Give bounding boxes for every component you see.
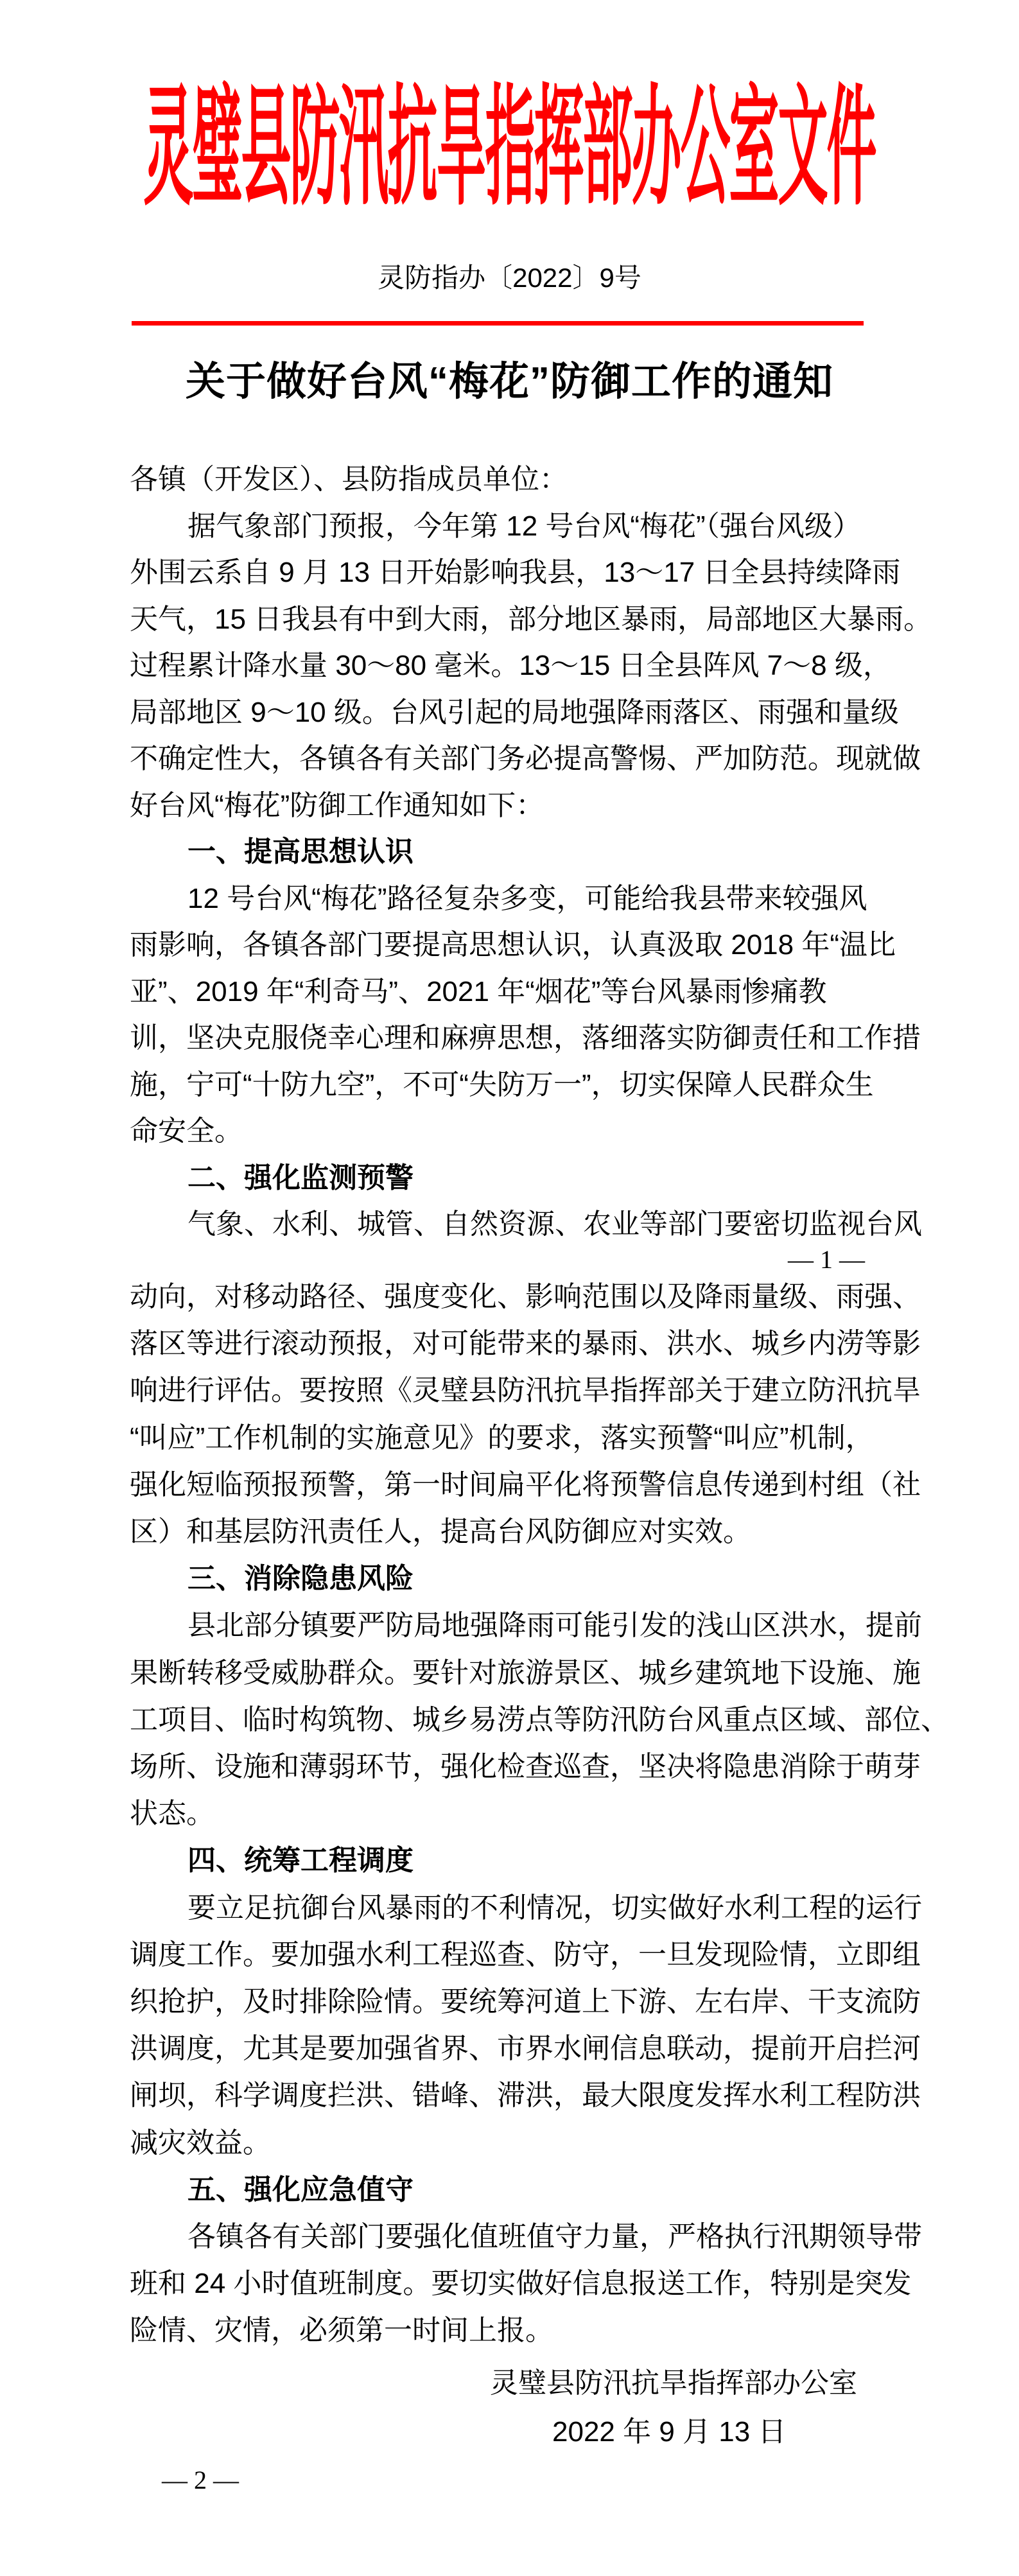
body-page2: 动向，对移动路径、强度变化、影响范围以及降雨量级、雨强、落区等进行滚动预报，对可… (130, 1273, 900, 2354)
letterhead-org-title-text: 灵璧县防汛抗旱指挥部办公室文件 (143, 82, 875, 216)
body-line: “叫应”工作机制的实施意见》的要求，落实预警“叫应”机制， (130, 1414, 900, 1461)
body-line: 12 号台风“梅花”路径复杂多变，可能给我县带来较强风 (130, 876, 900, 923)
body-line: 状态。 (130, 1790, 900, 1837)
body-line: 雨影响，各镇各部门要提高思想认识，认真汲取 2018 年“温比 (130, 922, 900, 969)
body-line: 不确定性大，各镇各有关部门务必提高警惕、严加防范。现就做 (130, 736, 900, 783)
body-line: 动向，对移动路径、强度变化、影响范围以及降雨量级、雨强、 (130, 1273, 900, 1320)
letterhead-red-rule (132, 321, 864, 326)
body-line: 施，宁可“十防九空”，不可“失防万一”，切实保障人民群众生 (130, 1062, 900, 1109)
document-page: 灵璧县防汛抗旱指挥部办公室文件 灵防指办〔2022〕9号 关于做好台风“梅花”防… (0, 0, 1019, 2576)
signature-date: 2022 年 9 月 13 日 (552, 2409, 786, 2455)
body-line: 落区等进行滚动预报，对可能带来的暴雨、洪水、城乡内涝等影 (130, 1320, 900, 1367)
body-line: 亚”、2019 年“利奇马”、2021 年“烟花”等台风暴雨惨痛教 (130, 969, 900, 1016)
body-line: 场所、设施和薄弱环节，强化检查巡查，坚决将隐患消除于萌芽 (130, 1743, 900, 1790)
body-line: 据气象部门预报，今年第 12 号台风“梅花”（强台风级） (130, 503, 900, 550)
body-line: 外围云系自 9 月 13 日开始影响我县，13～17 日全县持续降雨 (130, 550, 900, 596)
body-line: 命安全。 (130, 1108, 900, 1155)
body-line: 各镇（开发区）、县防指成员单位： (130, 457, 900, 503)
body-line: 洪调度，尤其是要加强省界、市界水闸信息联动，提前开启拦河 (130, 2025, 900, 2072)
body-line: 险情、灾情，必须第一时间上报。 (130, 2307, 900, 2354)
section-heading: 五、强化应急值守 (130, 2166, 900, 2213)
section-heading: 一、提高思想认识 (130, 829, 900, 876)
body-line: 过程累计降水量 30～80 毫米。13～15 日全县阵风 7～8 级， (130, 643, 900, 690)
body-line: 县北部分镇要严防局地强降雨可能引发的浅山区洪水，提前 (130, 1602, 900, 1649)
section-heading: 三、消除隐患风险 (130, 1555, 900, 1602)
body-line: 闸坝，科学调度拦洪、错峰、滞洪，最大限度发挥水利工程防洪 (130, 2072, 900, 2119)
body-line: 班和 24 小时值班制度。要切实做好信息报送工作，特别是突发 (130, 2260, 900, 2307)
section-heading: 二、强化监测预警 (130, 1155, 900, 1202)
body-line: 响进行评估。要按照《灵璧县防汛抗旱指挥部关于建立防汛抗旱 (130, 1367, 900, 1414)
section-heading: 四、统筹工程调度 (130, 1837, 900, 1884)
body-line: 局部地区 9～10 级。台风引起的局地强降雨落区、雨强和量级 (130, 690, 900, 736)
body-line: 气象、水利、城管、自然资源、农业等部门要密切监视台风 (130, 1201, 900, 1248)
body-line: 好台风“梅花”防御工作通知如下： (130, 783, 900, 830)
body-line: 训，坚决克服侥幸心理和麻痹思想，落细落实防御责任和工作措 (130, 1015, 900, 1062)
document-title: 关于做好台风“梅花”防御工作的通知 (0, 356, 1019, 408)
body-line: 强化短临预报预警，第一时间扁平化将预警信息传递到村组（社 (130, 1461, 900, 1508)
signature-org: 灵璧县防汛抗旱指挥部办公室 (490, 2360, 857, 2406)
page-number-2: — 2 — (162, 2465, 239, 2496)
body-page1: 各镇（开发区）、县防指成员单位：据气象部门预报，今年第 12 号台风“梅花”（强… (130, 457, 900, 1248)
body-line: 减灾效益。 (130, 2119, 900, 2166)
body-line: 要立足抗御台风暴雨的不利情况，切实做好水利工程的运行 (130, 1884, 900, 1931)
body-line: 天气，15 日我县有中到大雨，部分地区暴雨，局部地区大暴雨。 (130, 596, 900, 643)
body-line: 工项目、临时构筑物、城乡易涝点等防汛防台风重点区域、部位、 (130, 1696, 900, 1743)
letterhead-org-title: 灵璧县防汛抗旱指挥部办公室文件 (0, 82, 1019, 134)
document-number: 灵防指办〔2022〕9号 (0, 260, 1019, 296)
body-line: 织抢护，及时排除险情。要统筹河道上下游、左右岸、干支流防 (130, 1978, 900, 2025)
page-number-1: — 1 — (788, 1244, 865, 1275)
body-line: 各镇各有关部门要强化值班值守力量，严格执行汛期领导带 (130, 2213, 900, 2260)
body-line: 区）和基层防汛责任人，提高台风防御应对实效。 (130, 1508, 900, 1555)
body-line: 果断转移受威胁群众。要针对旅游景区、城乡建筑地下设施、施 (130, 1649, 900, 1696)
body-line: 调度工作。要加强水利工程巡查、防守，一旦发现险情，立即组 (130, 1931, 900, 1978)
